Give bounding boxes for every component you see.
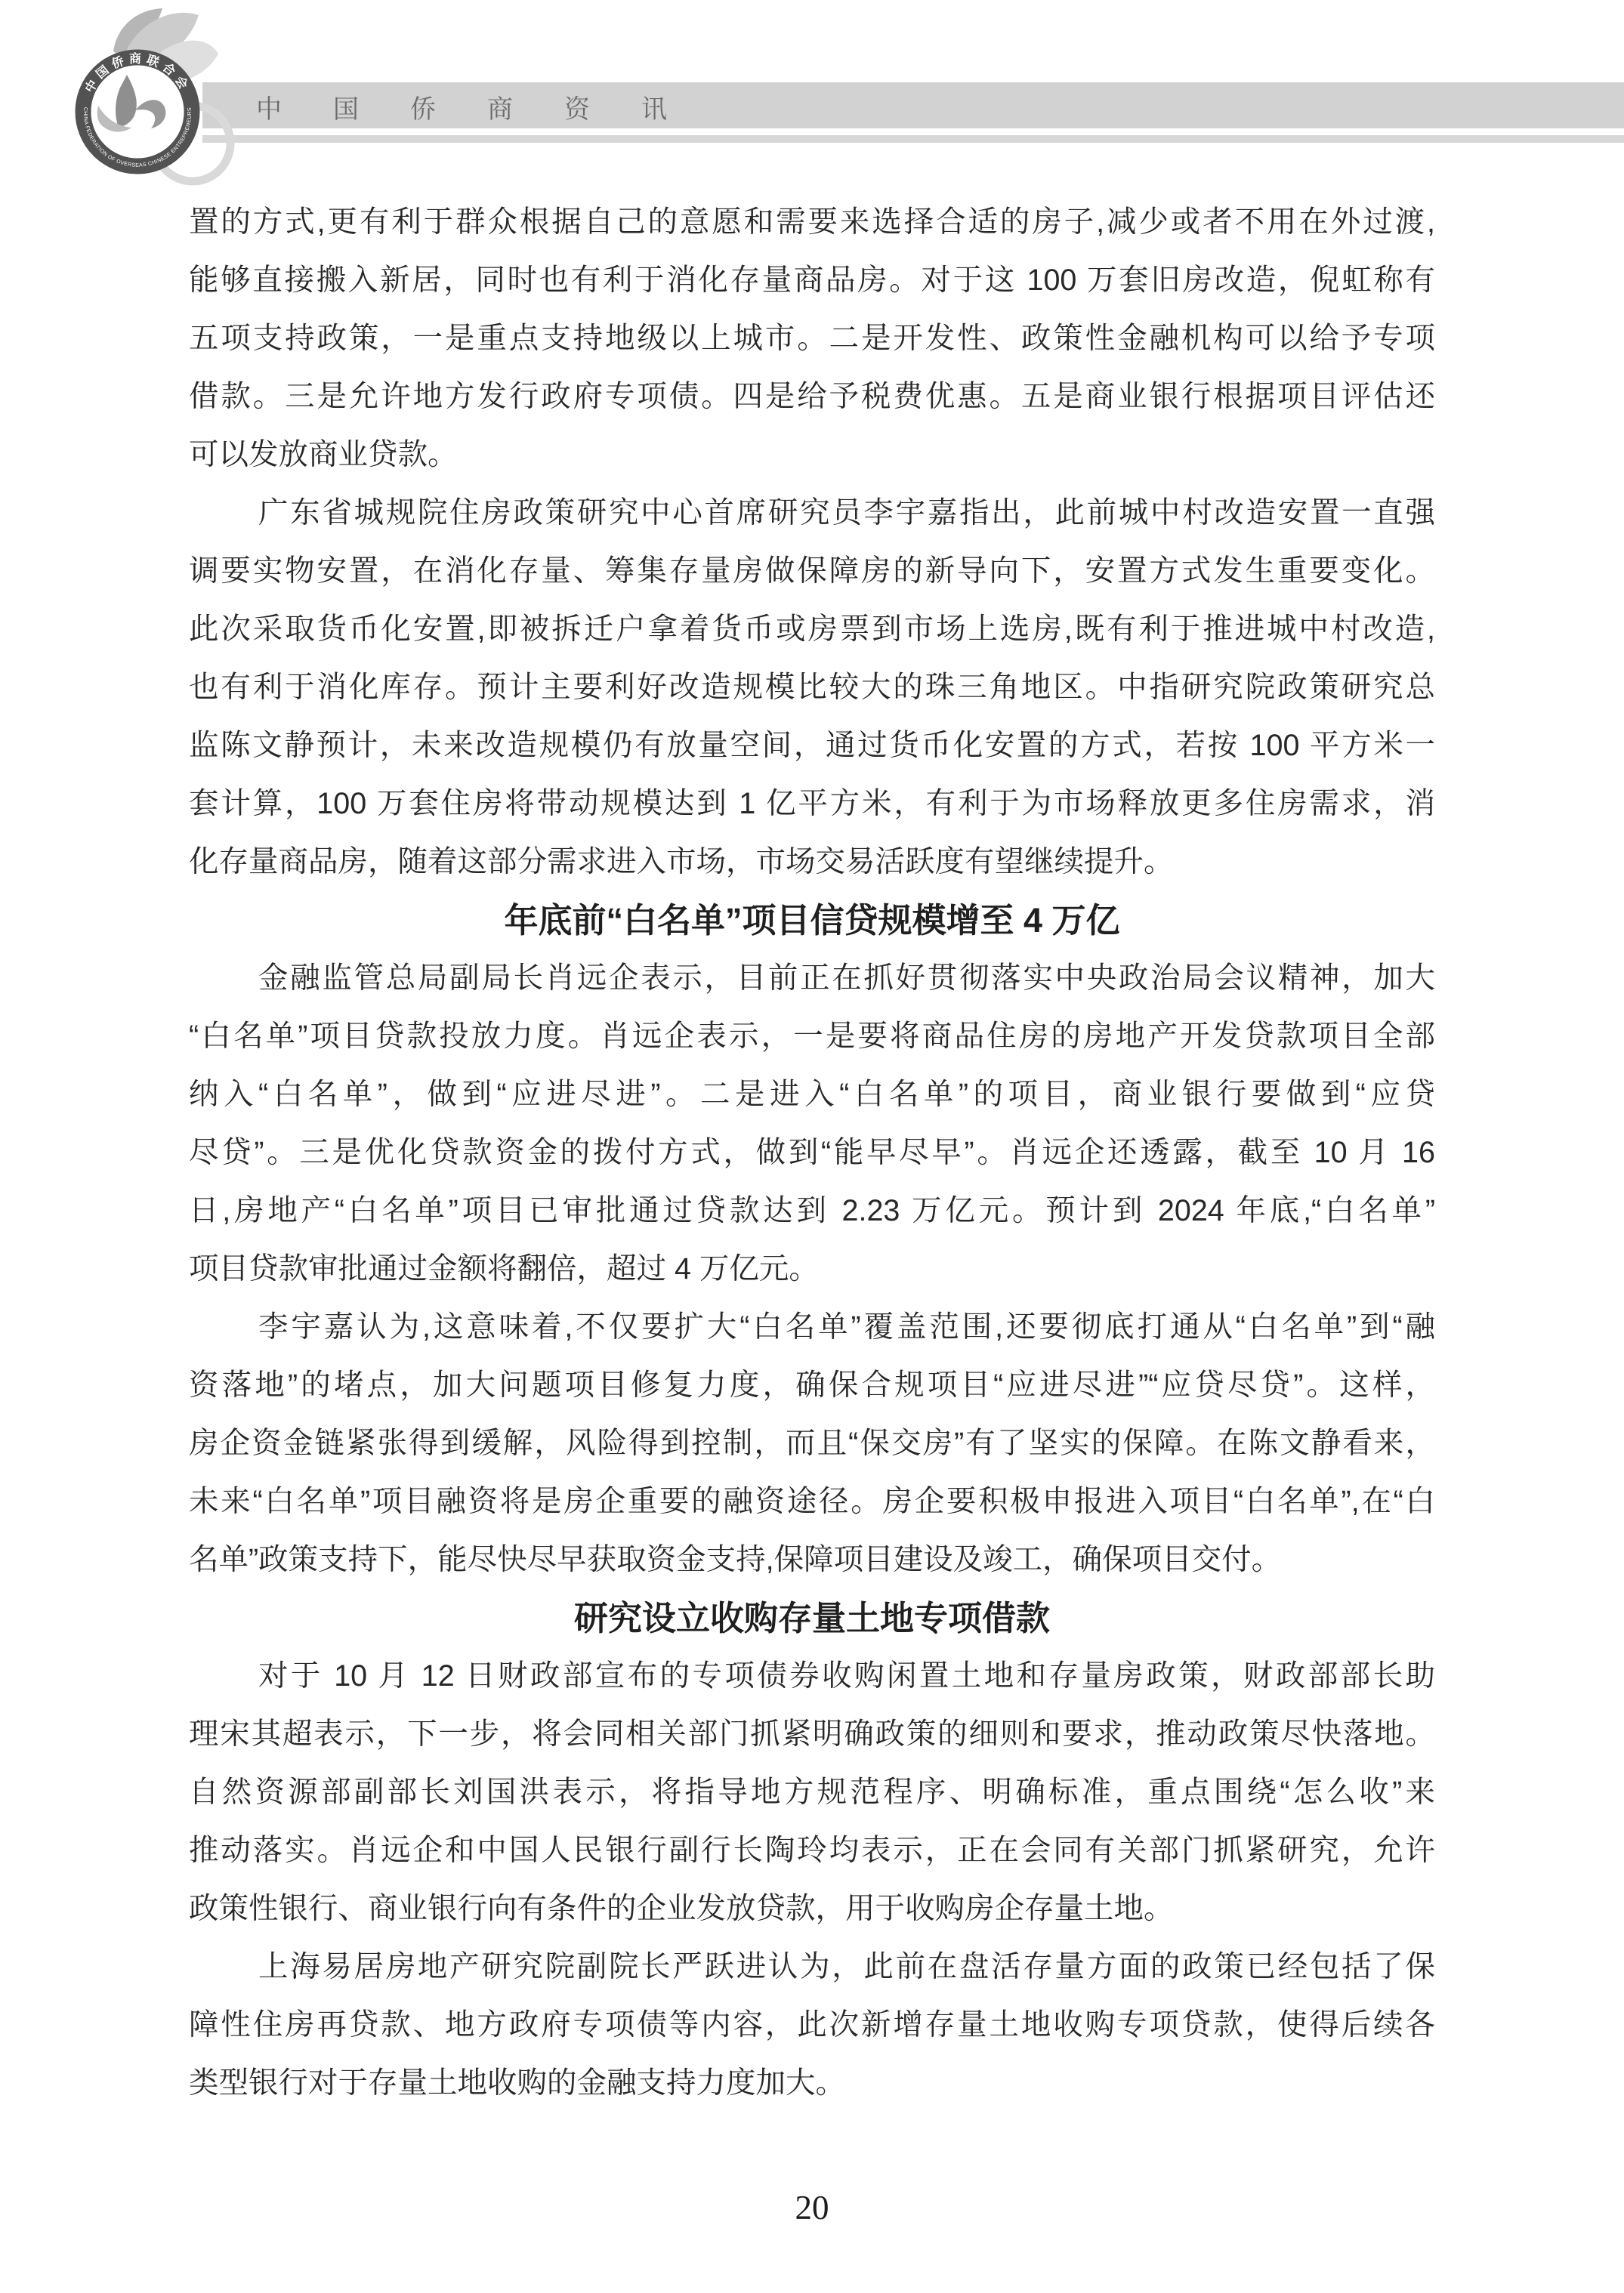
body-line: 能够直接搬入新居，同时也有利于消化存量商品房。对于这 100 万套旧房改造，倪虹… (189, 252, 1435, 310)
masthead-title: 中国侨商资讯 (256, 91, 718, 137)
body-line: 对于 10 月 12 日财政部宣布的专项债券收购闲置土地和存量房政策，财政部部长… (189, 1647, 1435, 1705)
logo-inner-disc (91, 66, 184, 159)
section-heading: 研究设立收购存量土地专项借款 (189, 1589, 1435, 1647)
body-line: 置的方式,更有利于群众根据自己的意愿和需要来选择合适的房子,减少或者不用在外过渡… (189, 193, 1435, 252)
cfoce-logo-icon: 中国侨商联合会 CHINA FEDERATION OF OVERSEAS CHI… (42, 4, 245, 189)
body-line: 化存量商品房，随着这部分需求进入市场，市场交易活跃度有望继续提升。 (189, 833, 1435, 891)
body-line: 项目贷款审批通过金额将翻倍，超过 4 万亿元。 (189, 1240, 1435, 1298)
body-line: 调要实物安置，在消化存量、筹集存量房做保障房的新导向下，安置方式发生重要变化。 (189, 542, 1435, 600)
body-line: 理宋其超表示，下一步，将会同相关部门抓紧明确政策的细则和要求，推动政策尽快落地。 (189, 1705, 1435, 1764)
body-line: 名单”政策支持下，能尽快尽早获取资金支持,保障项目建设及竣工，确保项目交付。 (189, 1531, 1435, 1589)
body-line: 类型银行对于存量土地收购的金融支持力度加大。 (189, 2054, 1435, 2112)
body-line: 金融监管总局副局长肖远企表示，目前正在抓好贯彻落实中央政治局会议精神，加大 (189, 949, 1435, 1008)
document-page: 中国侨商资讯 中国侨商联合会 CHINA FEDERATION OF OVERS (0, 0, 1624, 2293)
body-line: 此次采取货币化安置,即被拆迁户拿着货币或房票到市场上选房,既有利于推进城中村改造… (189, 600, 1435, 659)
body-line: 未来“白名单”项目融资将是房企重要的融资途径。房企要积极申报进入项目“白名单”,… (189, 1473, 1435, 1531)
body-line: 套计算，100 万套住房将带动规模达到 1 亿平方米，有利于为市场释放更多住房需… (189, 775, 1435, 833)
body-line: 监陈文静预计，未来改造规模仍有放量空间，通过货币化安置的方式，若按 100 平方… (189, 717, 1435, 775)
body-line: 障性住房再贷款、地方政府专项债等内容，此次新增存量土地收购专项贷款，使得后续各 (189, 1996, 1435, 2054)
article-body: 置的方式,更有利于群众根据自己的意愿和需要来选择合适的房子,减少或者不用在外过渡… (189, 193, 1435, 2112)
body-line: 尽贷”。三是优化贷款资金的拨付方式，做到“能早尽早”。肖远企还透露，截至 10 … (189, 1124, 1435, 1182)
body-line: 上海易居房地产研究院副院长严跃进认为，此前在盘活存量方面的政策已经包括了保 (189, 1938, 1435, 1996)
body-line: 政策性银行、商业银行向有条件的企业发放贷款，用于收购房企存量土地。 (189, 1880, 1435, 1938)
body-line: 纳入“白名单”，做到“应进尽进”。二是进入“白名单”的项目，商业银行要做到“应贷 (189, 1066, 1435, 1124)
body-line: 借款。三是允许地方发行政府专项债。四是给予税费优惠。五是商业银行根据项目评估还 (189, 368, 1435, 426)
body-line: 自然资源部副部长刘国洪表示，将指导地方规范程序、明确标准，重点围绕“怎么收”来 (189, 1764, 1435, 1822)
body-line: 广东省城规院住房政策研究中心首席研究员李宇嘉指出，此前城中村改造安置一直强 (189, 484, 1435, 542)
body-line: 房企资金链紧张得到缓解，风险得到控制，而且“保交房”有了坚实的保障。在陈文静看来… (189, 1415, 1435, 1473)
body-line: 日,房地产“白名单”项目已审批通过贷款达到 2.23 万亿元。预计到 2024 … (189, 1182, 1435, 1240)
body-line: 李宇嘉认为,这意味着,不仅要扩大“白名单”覆盖范围,还要彻底打通从“白名单”到“… (189, 1298, 1435, 1356)
body-line: 也有利于消化库存。预计主要利好改造规模比较大的珠三角地区。中指研究院政策研究总 (189, 659, 1435, 717)
body-line: 五项支持政策，一是重点支持地级以上城市。二是开发性、政策性金融机构可以给予专项 (189, 310, 1435, 368)
body-line: “白名单”项目贷款投放力度。肖远企表示，一是要将商品住房的房地产开发贷款项目全部 (189, 1008, 1435, 1066)
body-line: 可以发放商业贷款。 (189, 426, 1435, 484)
body-line: 资落地”的堵点，加大问题项目修复力度，确保合规项目“应进尽进”“应贷尽贷”。这样… (189, 1356, 1435, 1415)
page-number: 20 (0, 2189, 1624, 2227)
section-heading: 年底前“白名单”项目信贷规模增至 4 万亿 (189, 891, 1435, 949)
body-line: 推动落实。肖远企和中国人民银行副行长陶玲均表示，正在会同有关部门抓紧研究，允许 (189, 1822, 1435, 1880)
